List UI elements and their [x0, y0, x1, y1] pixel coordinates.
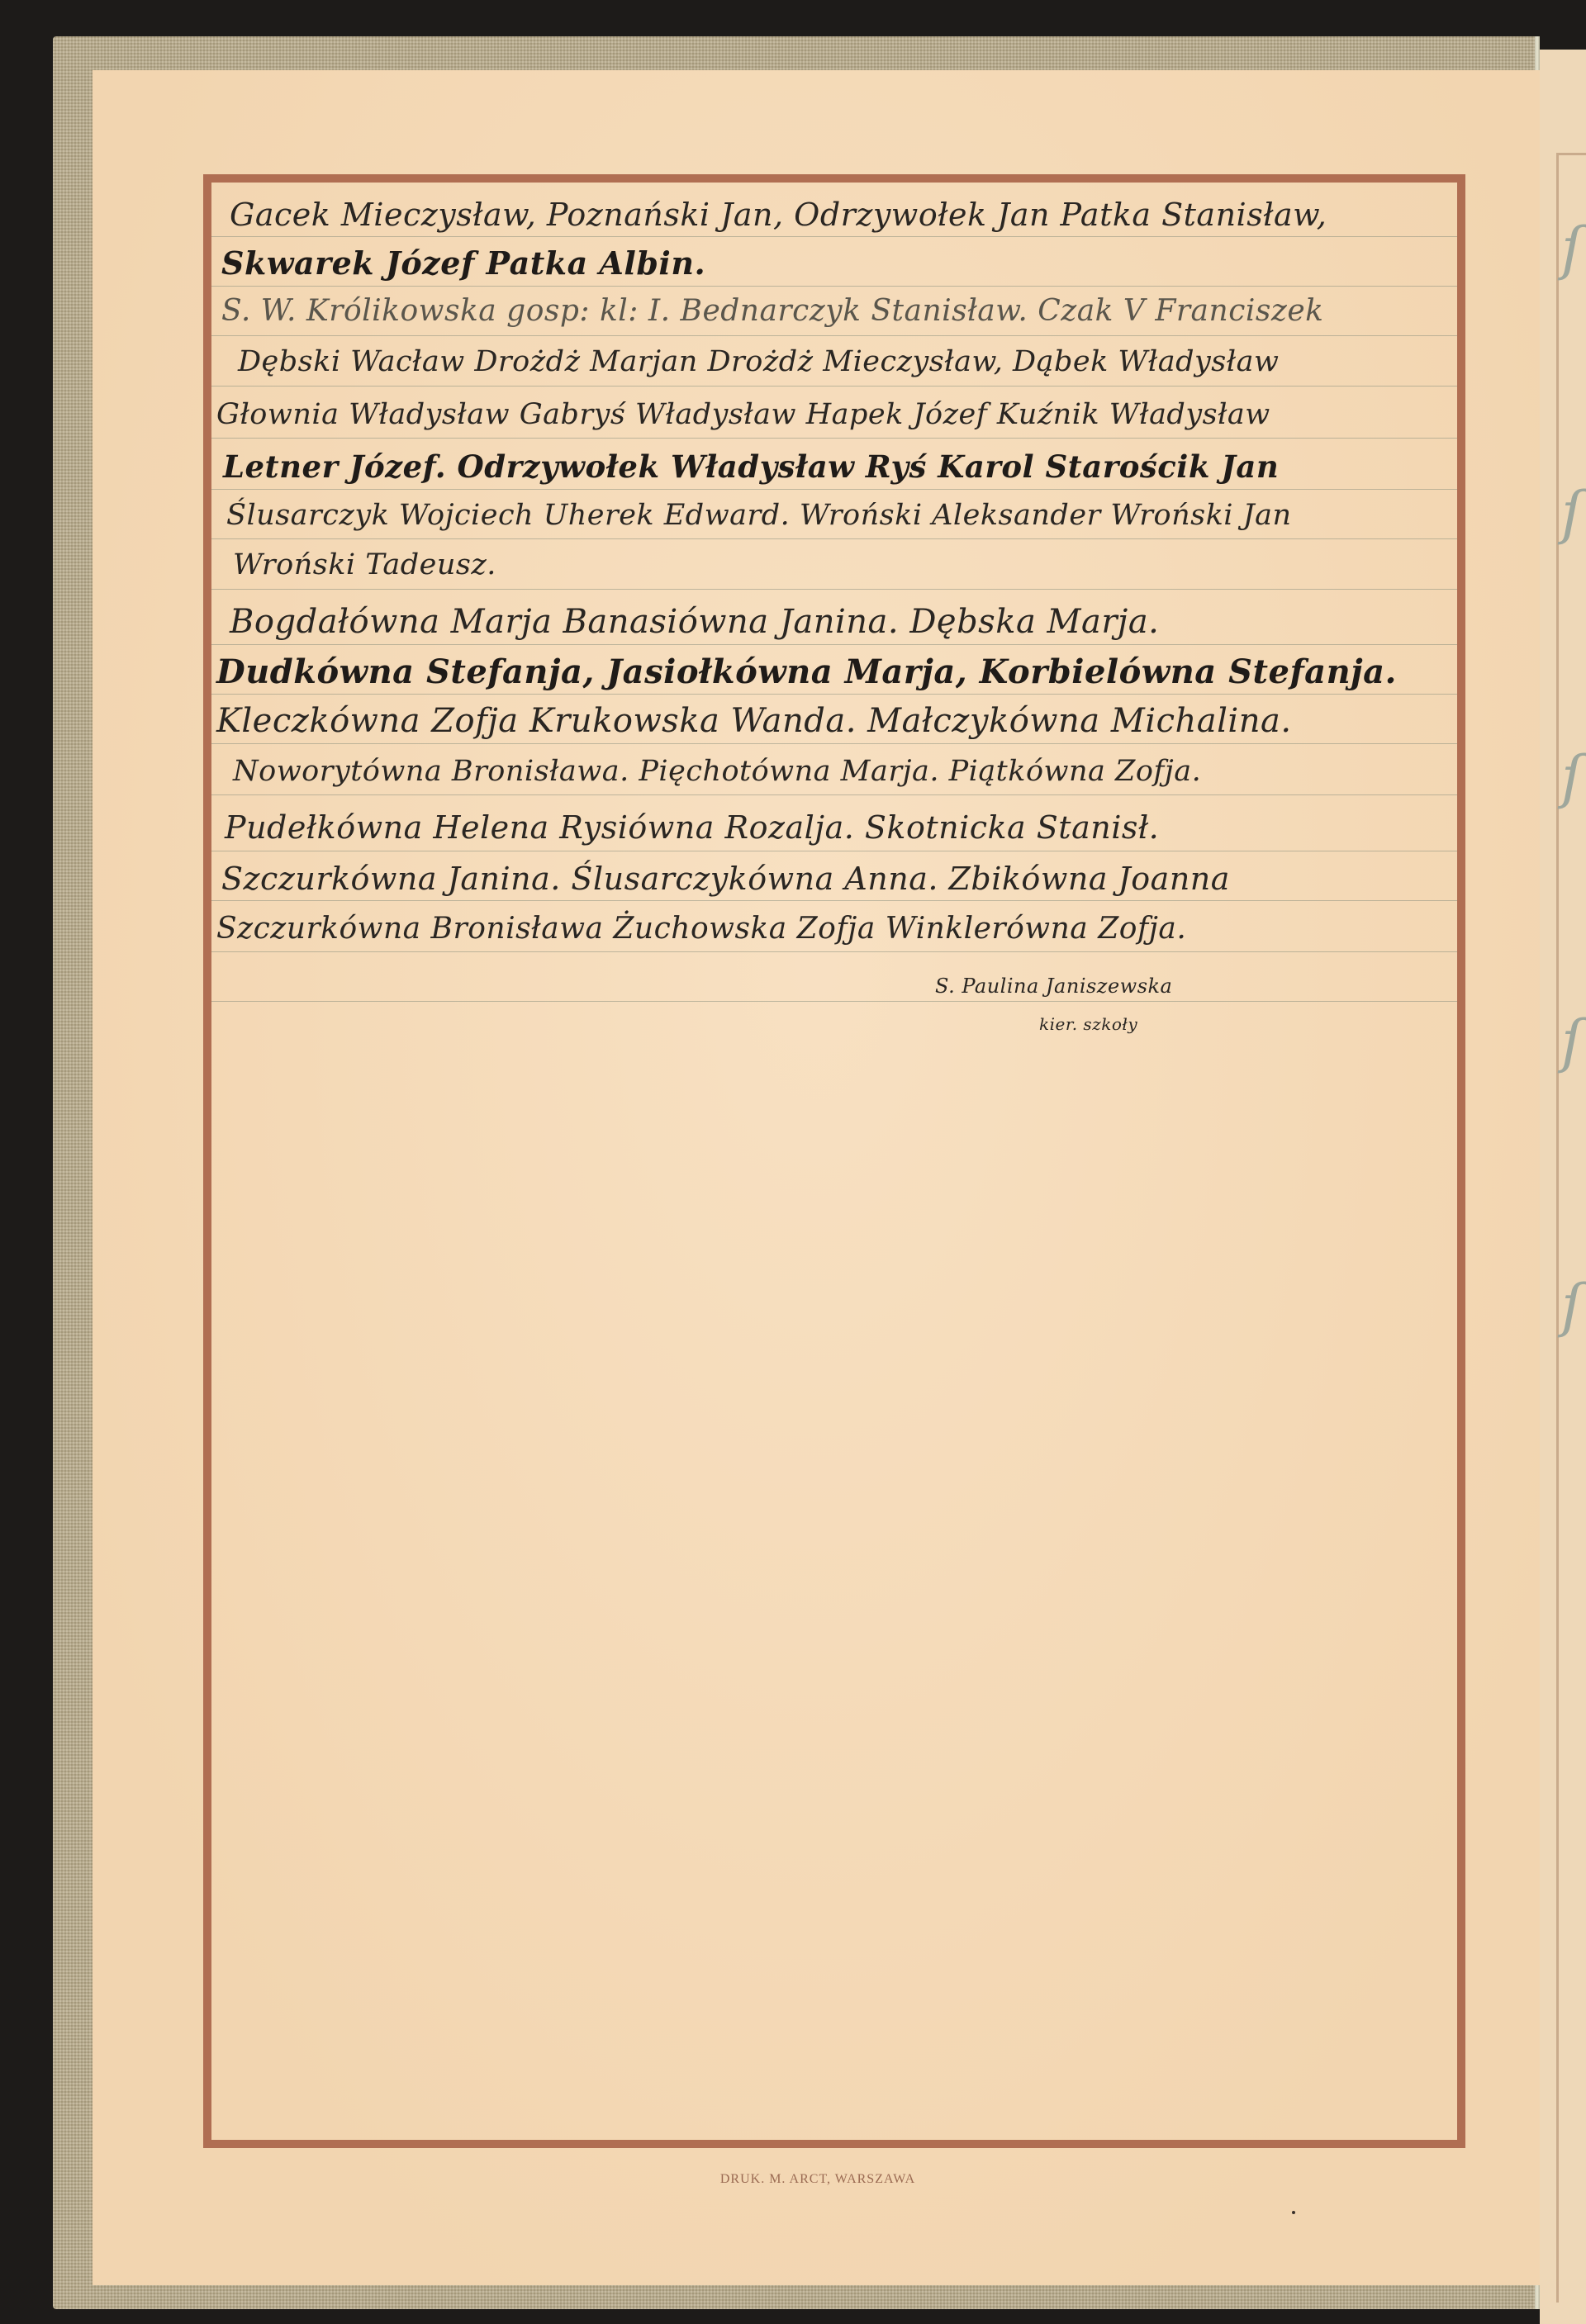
ruled-line	[211, 694, 1457, 695]
ornament-glyph-icon: ſ	[1561, 479, 1583, 547]
signature-title: kier. szkoły	[1039, 1014, 1137, 1034]
handwritten-line: Dębski Wacław Drożdż Marjan Drożdż Miecz…	[238, 345, 1279, 378]
ruled-line	[211, 236, 1457, 237]
handwritten-line: Pudełkówna Helena Rysiówna Rozalja. Skot…	[225, 809, 1159, 846]
handwritten-line: S. W. Królikowska gosp: kl: I. Bednarczy…	[221, 294, 1323, 328]
handwritten-line: Letner Józef. Odrzywołek Władysław Ryś K…	[223, 448, 1279, 485]
ornament-glyph-icon: ſ	[1561, 1272, 1583, 1340]
ruled-line	[211, 851, 1457, 851]
ornament-glyph-icon: ſ	[1561, 1008, 1583, 1075]
handwritten-line: Bogdałówna Marja Banasiówna Janina. Dębs…	[230, 603, 1159, 641]
ruled-line	[211, 794, 1457, 795]
ornament-glyph-icon: ſ	[1561, 215, 1583, 282]
ruled-line	[211, 335, 1457, 336]
handwritten-line: Wroński Tadeusz.	[233, 548, 496, 581]
ruled-line	[211, 900, 1457, 901]
ruled-line	[211, 489, 1457, 490]
ruled-line	[211, 743, 1457, 744]
signature-name: S. Paulina Janiszewska	[935, 975, 1172, 998]
ruled-line	[211, 438, 1457, 439]
ink-speck	[1292, 2211, 1295, 2214]
printer-imprint: DRUK. M. ARCT, WARSZAWA	[0, 2172, 1586, 2187]
handwritten-line: Szczurkówna Janina. Ślusarczykówna Anna.…	[221, 861, 1230, 897]
ornamental-border-icon	[1556, 153, 1586, 2303]
ruled-line	[211, 589, 1457, 590]
handwritten-line: Szczurkówna Bronisława Żuchowska Zofja W…	[216, 912, 1186, 946]
ruled-line	[211, 644, 1457, 645]
handwritten-line: Skwarek Józef Patka Albin.	[221, 244, 705, 282]
ornament-glyph-icon: ſ	[1561, 743, 1583, 811]
handwritten-line: Głownia Władysław Gabryś Władysław Hapek…	[216, 398, 1270, 431]
handwritten-line: Ślusarczyk Wojciech Uherek Edward. Wrońs…	[226, 499, 1292, 532]
ruled-line	[211, 1001, 1457, 1002]
ruled-line	[211, 286, 1457, 287]
ruled-line	[211, 538, 1457, 539]
adjacent-page-edge: ſ ſ ſ ſ ſ	[1540, 50, 1586, 2324]
handwritten-line: Noworytówna Bronisława. Pięchotówna Marj…	[233, 755, 1201, 788]
ruled-line	[211, 386, 1457, 387]
handwritten-line: Gacek Mieczysław, Poznański Jan, Odrzywo…	[230, 197, 1327, 233]
handwritten-line: Dudkówna Stefanja, Jasiołkówna Marja, Ko…	[216, 652, 1397, 691]
handwritten-line: Kleczkówna Zofja Krukowska Wanda. Małczy…	[216, 702, 1292, 740]
ruled-line	[211, 951, 1457, 952]
